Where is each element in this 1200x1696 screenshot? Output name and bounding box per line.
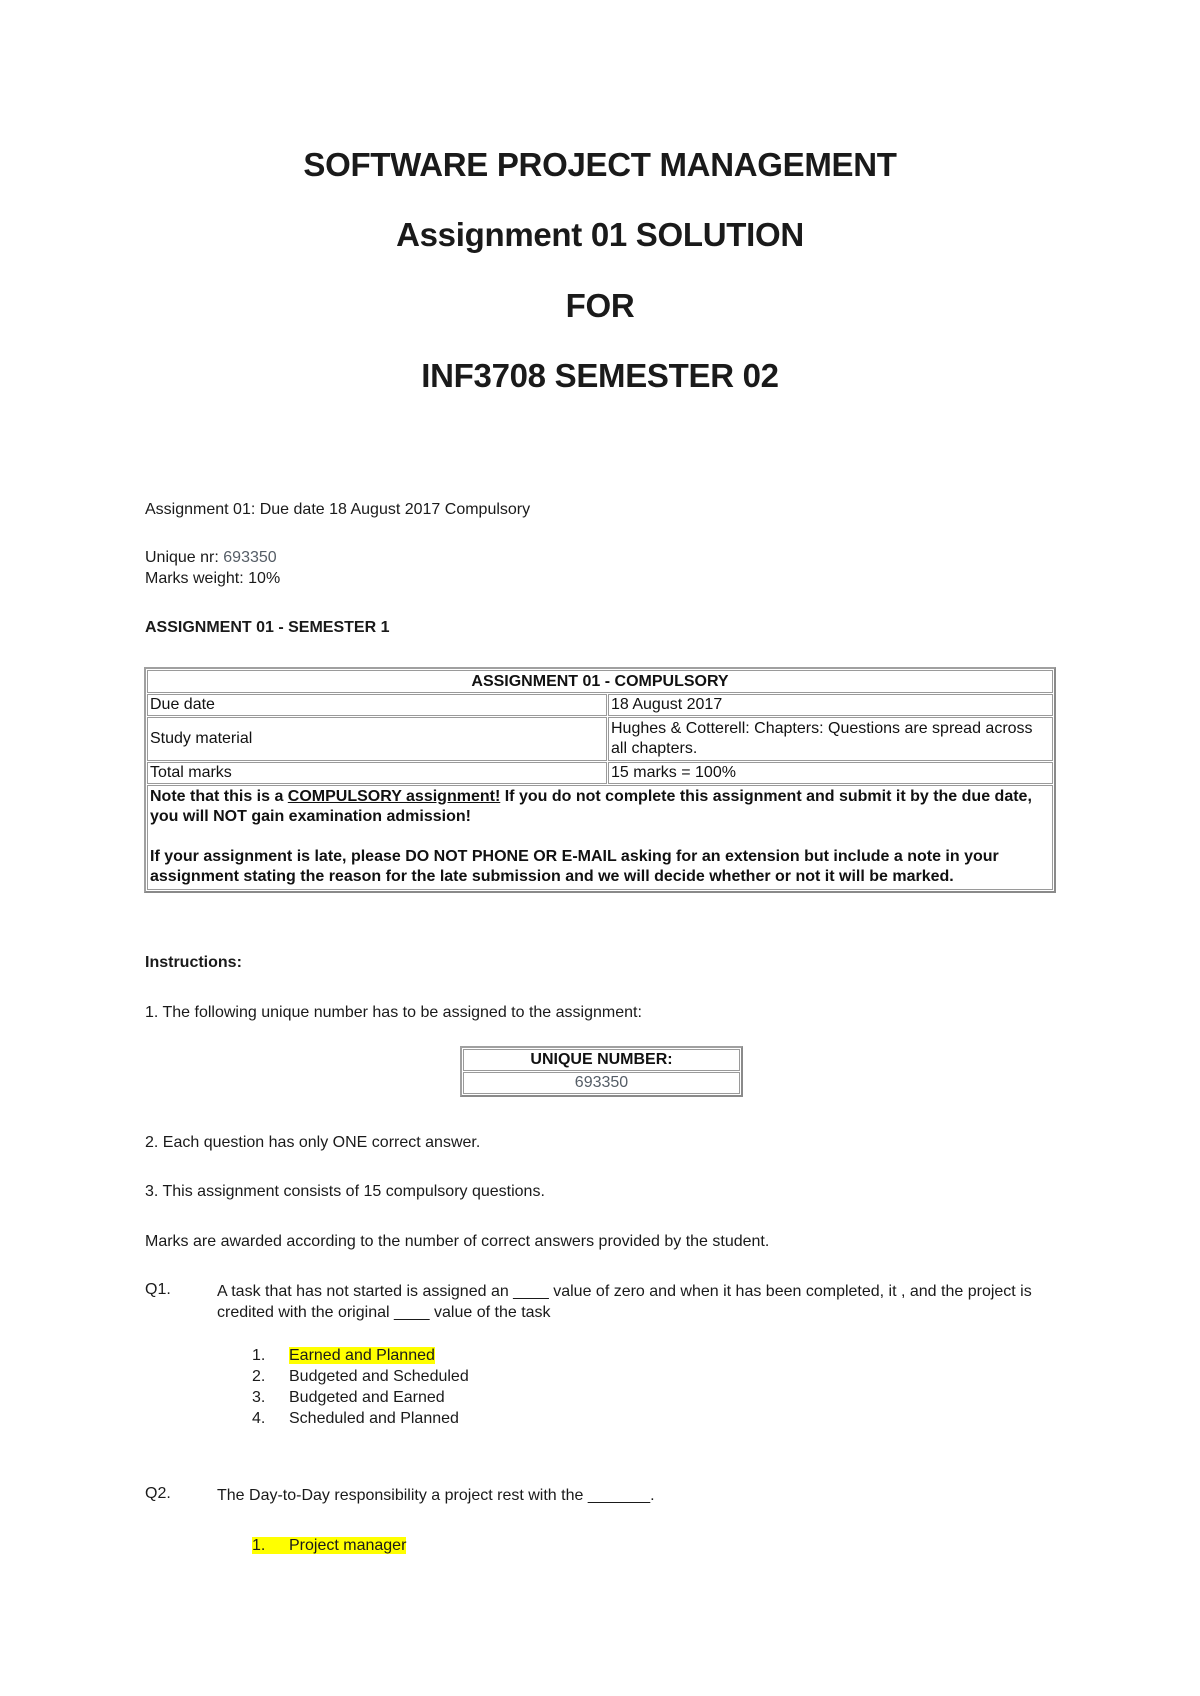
table-row: Due date 18 August 2017 <box>147 694 1053 716</box>
options-list-q1: 1.Earned and Planned 2.Budgeted and Sche… <box>252 1345 469 1429</box>
course-semester-title: INF3708 SEMESTER 02 <box>0 357 1200 395</box>
option-label: Project manager <box>289 1537 406 1554</box>
unique-nr-label: Unique nr: <box>145 549 223 566</box>
row-value-total-marks: 15 marks = 100% <box>608 762 1053 784</box>
option-label-correct: Earned and Planned <box>289 1347 435 1364</box>
option-label: Scheduled and Planned <box>289 1410 459 1427</box>
unique-number-box: UNIQUE NUMBER: 693350 <box>460 1046 743 1097</box>
option-label: Budgeted and Earned <box>289 1389 445 1406</box>
list-item: 3.Budgeted and Earned <box>252 1387 469 1408</box>
compulsory-warning: Note that this is a COMPULSORY assignmen… <box>150 787 1050 827</box>
notice-underlined: COMPULSORY assignment! <box>288 788 500 805</box>
list-item: 4.Scheduled and Planned <box>252 1408 469 1429</box>
instruction-item-2: 2. Each question has only ONE correct an… <box>145 1132 480 1153</box>
option-number: 2. <box>252 1366 289 1387</box>
row-label-total-marks: Total marks <box>147 762 607 784</box>
instruction-item-1: 1. The following unique number has to be… <box>145 1002 642 1023</box>
question-text-q1: A task that has not started is assigned … <box>217 1281 1077 1323</box>
option-number: 1. <box>252 1535 289 1556</box>
question-number-q2: Q2. <box>145 1485 171 1503</box>
unique-number-value: 693350 <box>463 1072 740 1094</box>
list-item: 1.Project manager <box>252 1535 406 1556</box>
table-row: Total marks 15 marks = 100% <box>147 762 1053 784</box>
notice-prefix: Note that this is a <box>150 788 288 805</box>
options-list-q2: 1.Project manager <box>252 1535 406 1556</box>
late-submission-notice: If your assignment is late, please DO NO… <box>150 847 1050 887</box>
instruction-item-3: 3. This assignment consists of 15 compul… <box>145 1181 545 1202</box>
row-value-due-date: 18 August 2017 <box>608 694 1053 716</box>
assignment-info-table: ASSIGNMENT 01 - COMPULSORY Due date 18 A… <box>144 667 1056 893</box>
table-row: Study material Hughes & Cotterell: Chapt… <box>147 717 1053 761</box>
option-number: 1. <box>252 1345 289 1366</box>
marks-weight-line: Marks weight: 10% <box>145 568 280 589</box>
document-subtitle-for: FOR <box>0 287 1200 325</box>
list-item: 2.Budgeted and Scheduled <box>252 1366 469 1387</box>
option-number: 3. <box>252 1387 289 1408</box>
document-subtitle: Assignment 01 SOLUTION <box>0 216 1200 254</box>
option-label: Budgeted and Scheduled <box>289 1368 469 1385</box>
due-date-line: Assignment 01: Due date 18 August 2017 C… <box>145 499 530 520</box>
question-number-q1: Q1. <box>145 1281 171 1299</box>
option-label-correct: 1.Project manager <box>252 1537 406 1554</box>
compulsory-notice: Note that this is a COMPULSORY assignmen… <box>147 785 1053 890</box>
question-text-q2: The Day-to-Day responsibility a project … <box>217 1485 1077 1506</box>
unique-number-label: UNIQUE NUMBER: <box>463 1049 740 1071</box>
unique-nr-line: Unique nr: 693350 <box>145 547 277 568</box>
row-label-due-date: Due date <box>147 694 607 716</box>
document-title: SOFTWARE PROJECT MANAGEMENT <box>0 146 1200 184</box>
list-item: 1.Earned and Planned <box>252 1345 469 1366</box>
instructions-heading: Instructions: <box>145 952 242 973</box>
section-heading: ASSIGNMENT 01 - SEMESTER 1 <box>145 617 390 638</box>
row-value-study-material: Hughes & Cotterell: Chapters: Questions … <box>608 717 1053 761</box>
row-label-study-material: Study material <box>147 717 607 761</box>
unique-nr-value: 693350 <box>223 549 276 566</box>
option-number: 4. <box>252 1408 289 1429</box>
assignment-table-header: ASSIGNMENT 01 - COMPULSORY <box>147 670 1053 693</box>
marks-note: Marks are awarded according to the numbe… <box>145 1231 769 1252</box>
